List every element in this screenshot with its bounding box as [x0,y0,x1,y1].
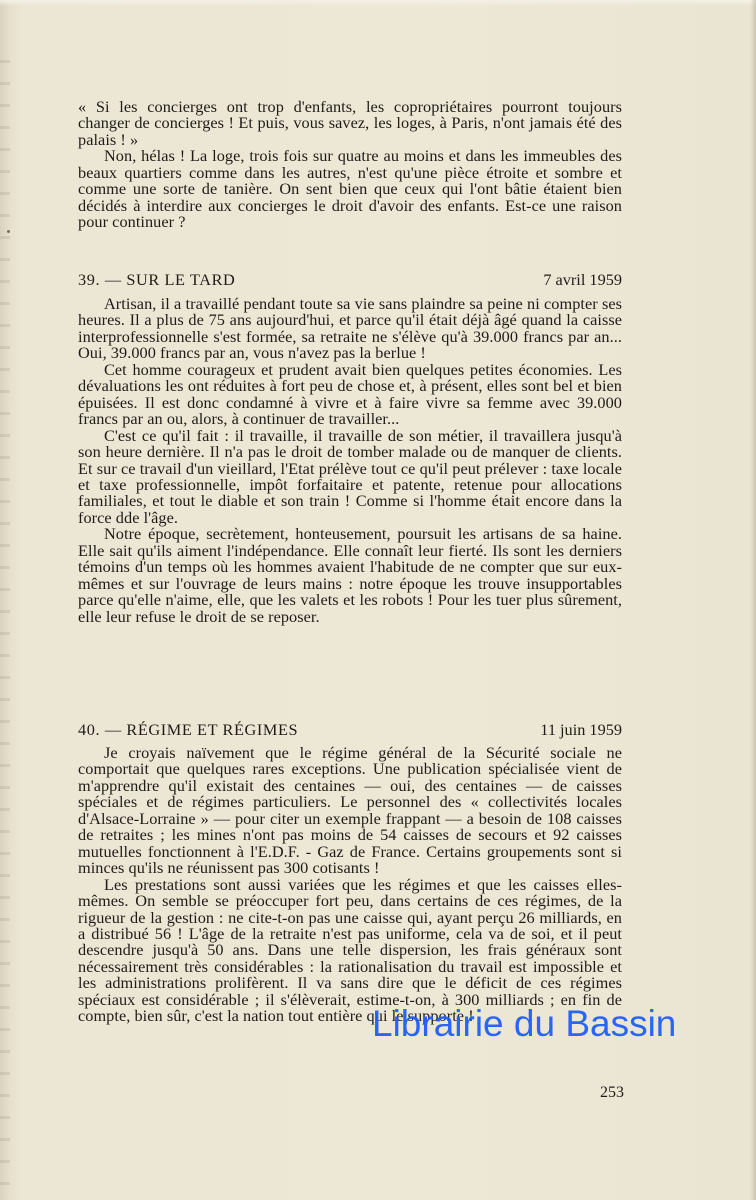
book-page: « Si les concierges ont trop d'enfants, … [0,0,756,1200]
paper-speck [7,230,10,233]
section-header-40: 40. — RÉGIME ET RÉGIMES 11 juin 1959 [78,721,622,739]
section-39-body: Artisan, il a travaillé pendant toute sa… [78,296,622,625]
paragraph: Cet homme courageux et prudent avait bie… [78,362,622,428]
section-title: 40. — RÉGIME ET RÉGIMES [78,721,298,739]
section-date: 7 avril 1959 [543,271,622,289]
page-right-edge [750,0,756,1200]
intro-text-block: « Si les concierges ont trop d'enfants, … [78,99,622,231]
intro-paragraph-quote: « Si les concierges ont trop d'enfants, … [78,99,622,148]
section-date: 11 juin 1959 [540,721,622,739]
intro-paragraph: Non, hélas ! La loge, trois fois sur qua… [78,148,622,230]
section-40-body: Je croyais naïvement que le régime génér… [78,745,622,1025]
section-header-39: 39. — SUR LE TARD 7 avril 1959 [78,271,622,289]
paragraph: C'est ce qu'il fait : il travaille, il t… [78,428,622,527]
watermark-overlay: Librairie du Bassin [372,1004,676,1044]
paragraph: Je croyais naïvement que le régime génér… [78,745,622,877]
page-top-edge [0,0,756,6]
page-number: 253 [600,1084,624,1102]
paragraph: Artisan, il a travaillé pendant toute sa… [78,296,622,362]
paragraph: Notre époque, secrètement, honteusement,… [78,526,622,625]
section-title: 39. — SUR LE TARD [78,271,235,289]
